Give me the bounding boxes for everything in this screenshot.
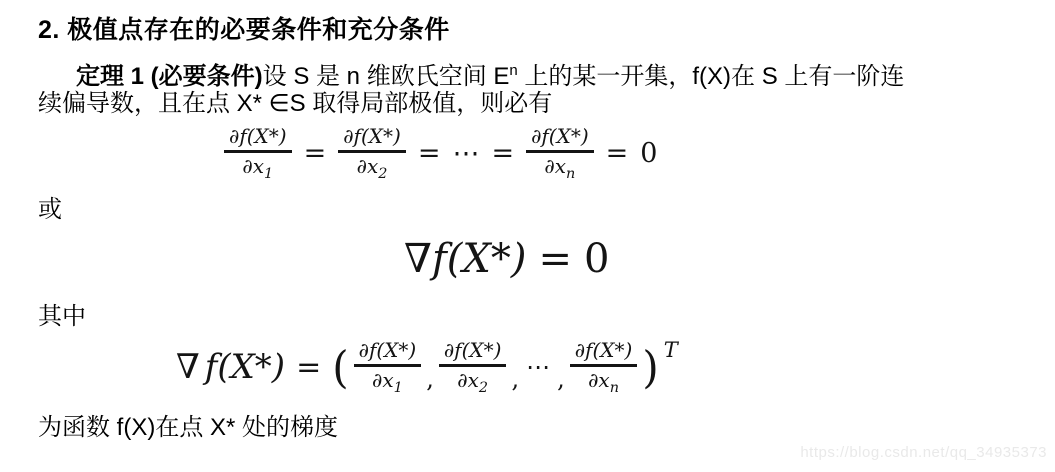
- comma: ,: [557, 365, 565, 393]
- zero-value: 0: [640, 138, 657, 169]
- equals-sign: =: [296, 350, 321, 385]
- zero-value: 0: [584, 236, 609, 282]
- fraction-xn: ∂f(X*) ∂xn: [526, 124, 594, 182]
- theorem-text-post: 上的某一开集，f(X)在 S 上有一阶连: [518, 63, 905, 90]
- gradient-note: 为函数 f(X)在点 X* 处的梯度: [38, 412, 338, 444]
- fraction-xn: ∂f(X*) ∂xn: [570, 338, 638, 396]
- comma: ,: [426, 365, 434, 393]
- equals-sign: =: [491, 138, 514, 169]
- theorem-paragraph-line-2: 续偏导数，且在点 X* ∈S 取得局部极值，则必有: [38, 88, 552, 120]
- function-term: f(X*): [205, 347, 285, 387]
- cdots: ⋯: [452, 138, 479, 169]
- equals-sign: =: [606, 138, 629, 169]
- formula-gradient-zero: ∇f(X*)=0: [404, 236, 609, 282]
- watermark-url: https://blog.csdn.net/qq_34935373: [800, 444, 1047, 461]
- cdots: ⋯: [526, 353, 550, 381]
- theorem-text-pre: 设 S 是 n 维欧氏空间 E: [263, 63, 510, 90]
- nabla-symbol: ∇: [176, 347, 200, 387]
- fraction-x2: ∂f(X*) ∂x2: [439, 338, 507, 396]
- formula-gradient-definition: ∇f(X*) = ( ∂f(X*) ∂x1 , ∂f(X*) ∂x2 , ⋯ ,…: [176, 338, 678, 396]
- where-label: 其中: [38, 301, 86, 333]
- formula-partial-derivatives-chain: ∂f(X*) ∂x1 = ∂f(X*) ∂x2 = ⋯ = ∂f(X*) ∂xn…: [224, 124, 657, 182]
- transpose-superscript: T: [664, 338, 678, 362]
- open-paren: (: [332, 341, 348, 392]
- comma: ,: [511, 365, 519, 393]
- close-paren: ): [642, 341, 658, 392]
- equals-sign: =: [418, 138, 441, 169]
- function-term: f(X*): [432, 236, 527, 282]
- equals-sign: =: [538, 236, 572, 282]
- or-label: 或: [38, 194, 62, 226]
- euclid-space-superscript: n: [509, 62, 517, 79]
- page-title: 2. 极值点存在的必要条件和充分条件: [38, 10, 450, 46]
- fraction-x1: ∂f(X*) ∂x1: [354, 338, 422, 396]
- fraction-x2: ∂f(X*) ∂x2: [338, 124, 406, 182]
- equals-sign: =: [304, 138, 327, 169]
- theorem-label: 定理 1 (必要条件): [76, 63, 263, 90]
- fraction-x1: ∂f(X*) ∂x1: [224, 124, 292, 182]
- nabla-symbol: ∇: [404, 236, 432, 282]
